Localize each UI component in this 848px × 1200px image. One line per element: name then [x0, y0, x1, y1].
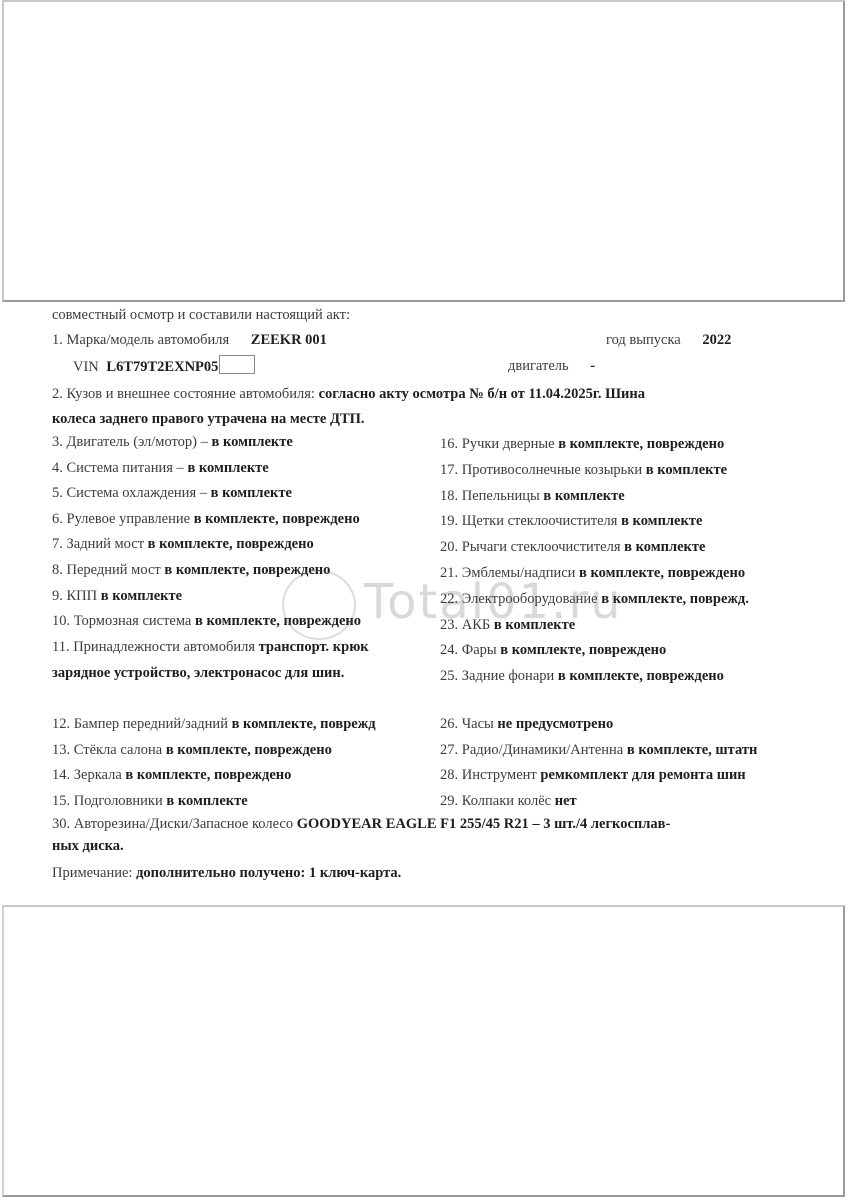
item-label: 25. Задние фонари: [440, 668, 558, 684]
list-item: 7. Задний мост в комплекте, повреждено: [52, 535, 314, 553]
item-value: не предусмотрено: [497, 716, 613, 732]
item-value: в комплекте, поврежд.: [601, 591, 749, 607]
item-value: в комплекте: [101, 588, 182, 604]
item-30: 30. Авторезина/Диски/Запасное колесо GOO…: [52, 815, 670, 833]
list-item: 19. Щетки стеклоочистителя в комплекте: [440, 512, 702, 530]
list-item: 22. Электрооборудование в комплекте, пов…: [440, 590, 749, 608]
item-label: 24. Фары: [440, 642, 500, 658]
item-value: транспорт. крюк: [259, 639, 369, 655]
item-label: 9. КПП: [52, 588, 97, 604]
item-label: 11. Принадлежности автомобиля: [52, 639, 259, 655]
list-item: 24. Фары в комплекте, повреждено: [440, 641, 666, 659]
item-label: 20. Рычаги стеклоочистителя: [440, 539, 621, 555]
vin-redacted-box: [219, 355, 255, 374]
list-item: 25. Задние фонари в комплекте, поврежден…: [440, 667, 724, 685]
note: Примечание: дополнительно получено: 1 кл…: [52, 864, 401, 882]
engine-label: двигатель: [508, 358, 569, 374]
item-label: 22. Электрооборудование: [440, 591, 598, 607]
item-label: 4. Система питания –: [52, 460, 184, 476]
item-label: 13. Стёкла салона: [52, 742, 162, 758]
list-item: 16. Ручки дверные в комплекте, поврежден…: [440, 435, 724, 453]
note-label: Примечание:: [52, 865, 132, 881]
item-value: в комплекте: [646, 462, 727, 478]
item-value: в комплекте, поврежд: [232, 716, 376, 732]
list-item: 9. КПП в комплекте: [52, 587, 182, 605]
item-2-continuation: колеса заднего правого утрачена на месте…: [52, 410, 365, 428]
list-item: 4. Система питания – в комплекте: [52, 459, 269, 477]
item-value: в комплекте, штатн: [627, 742, 757, 758]
item-value: ремкомплект для ремонта шин: [540, 767, 745, 783]
item-label: 21. Эмблемы/надписи: [440, 565, 575, 581]
item-value: в комплекте: [624, 539, 705, 555]
list-item: 8. Передний мост в комплекте, повреждено: [52, 561, 330, 579]
item-2-label: 2. Кузов и внешнее состояние автомобиля:: [52, 386, 315, 402]
vin-value: L6T79T2EXNP05: [106, 359, 218, 375]
item-label: 17. Противосолнечные козырьки: [440, 462, 646, 478]
vin-label: VIN: [73, 359, 99, 375]
item-value: в комплекте, повреждено: [148, 536, 314, 552]
engine-value: -: [590, 358, 595, 374]
list-item: 11. Принадлежности автомобиля транспорт.…: [52, 638, 369, 656]
item-30-label: 30. Авторезина/Диски/Запасное колесо: [52, 816, 293, 832]
item-label: 5. Система охлаждения –: [52, 485, 207, 501]
list-item: 5. Система охлаждения – в комплекте: [52, 484, 292, 502]
intro-text: совместный осмотр и составили настоящий …: [52, 306, 350, 324]
item-value: в комплекте, повреждено: [194, 511, 360, 527]
list-item: 14. Зеркала в комплекте, повреждено: [52, 766, 291, 784]
item-value: в комплекте: [211, 485, 292, 501]
list-item: 12. Бампер передний/задний в комплекте, …: [52, 715, 376, 733]
list-item: 26. Часы не предусмотрено: [440, 715, 613, 733]
item-value: в комплекте, повреждено: [500, 642, 666, 658]
item-label: 3. Двигатель (эл/мотор) –: [52, 434, 208, 450]
list-item: 27. Радио/Динамики/Антенна в комплекте, …: [440, 741, 757, 759]
engine-field: двигатель -: [508, 357, 595, 375]
list-item: 28. Инструмент ремкомплект для ремонта ш…: [440, 766, 746, 784]
redacted-top-area: [2, 0, 845, 302]
item-label: 26. Часы: [440, 716, 497, 732]
item-label: 12. Бампер передний/задний: [52, 716, 228, 732]
list-item: 10. Тормозная система в комплекте, повре…: [52, 612, 361, 630]
list-item: 3. Двигатель (эл/мотор) – в комплекте: [52, 433, 293, 451]
item-value: в комплекте: [621, 513, 702, 529]
item-1-label: 1. Марка/модель автомобиля: [52, 332, 229, 348]
item-2: 2. Кузов и внешнее состояние автомобиля:…: [52, 385, 645, 403]
item-label: 15. Подголовники: [52, 793, 163, 809]
item-value: в комплекте, повреждено: [164, 562, 330, 578]
item-value: в комплекте, повреждено: [558, 436, 724, 452]
list-item: 29. Колпаки колёс нет: [440, 792, 577, 810]
item-label: 14. Зеркала: [52, 767, 122, 783]
item-value: в комплекте, повреждено: [195, 613, 361, 629]
item-2-value: согласно акту осмотра № б/н от 11.04.202…: [319, 386, 645, 402]
year-label: год выпуска: [606, 332, 681, 348]
item-30-value: GOODYEAR EAGLE F1 255/45 R21 – 3 шт./4 л…: [297, 816, 671, 832]
item-30-continuation: ных диска.: [52, 837, 124, 855]
item-value: в комплекте, повреждено: [558, 668, 724, 684]
vin-field: VIN L6T79T2EXNP05: [73, 355, 255, 376]
list-item: 18. Пепельницы в комплекте: [440, 487, 625, 505]
list-item: 23. АКБ в комплекте: [440, 616, 575, 634]
item-label: 27. Радио/Динамики/Антенна: [440, 742, 627, 758]
item-label: 23. АКБ: [440, 617, 494, 633]
list-item: 21. Эмблемы/надписи в комплекте, поврежд…: [440, 564, 745, 582]
list-item: 13. Стёкла салона в комплекте, поврежден…: [52, 741, 332, 759]
item-value: в комплекте, повреждено: [125, 767, 291, 783]
item-value: нет: [555, 793, 577, 809]
item-label: 28. Инструмент: [440, 767, 537, 783]
item-label: 10. Тормозная система: [52, 613, 195, 629]
list-item: 17. Противосолнечные козырьки в комплект…: [440, 461, 727, 479]
year-field: год выпуска 2022: [606, 331, 731, 349]
item-label: 6. Рулевое управление: [52, 511, 190, 527]
item-label: 29. Колпаки колёс: [440, 793, 555, 809]
list-item: 20. Рычаги стеклоочистителя в комплекте: [440, 538, 705, 556]
note-value: дополнительно получено: 1 ключ-карта.: [136, 865, 401, 881]
item-value: в комплекте: [543, 488, 624, 504]
car-model: ZEEKR 001: [251, 332, 327, 348]
item-value: в комплекте: [494, 617, 575, 633]
item-label: 7. Задний мост: [52, 536, 144, 552]
item-label: 18. Пепельницы: [440, 488, 543, 504]
year-value: 2022: [702, 332, 731, 348]
item-value: в комплекте: [187, 460, 268, 476]
redacted-bottom-area: [2, 905, 845, 1197]
item-label: 8. Передний мост: [52, 562, 161, 578]
item-value: в комплекте: [212, 434, 293, 450]
list-item: 15. Подголовники в комплекте: [52, 792, 248, 810]
item-label: 19. Щетки стеклоочистителя: [440, 513, 617, 529]
item-1: 1. Марка/модель автомобиля ZEEKR 001: [52, 331, 327, 349]
item-label: 16. Ручки дверные: [440, 436, 555, 452]
item-11-continuation: зарядное устройство, электронасос для ши…: [52, 664, 344, 682]
item-value: в комплекте, повреждено: [166, 742, 332, 758]
list-item: 6. Рулевое управление в комплекте, повре…: [52, 510, 360, 528]
item-value: в комплекте, повреждено: [579, 565, 745, 581]
item-value: в комплекте: [166, 793, 247, 809]
